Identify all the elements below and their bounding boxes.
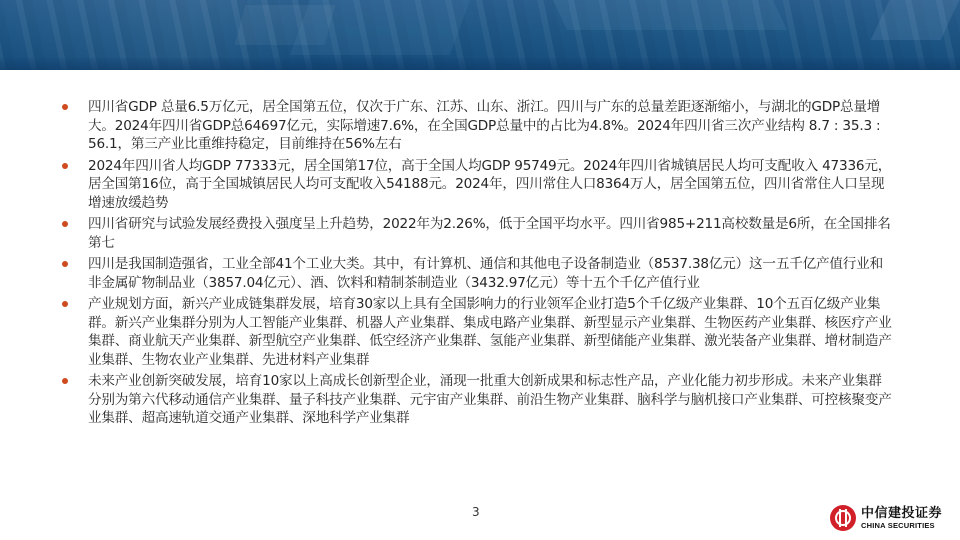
bullet-item-manufacturing: 四川是我国制造强省，工业全部41个工业大类。其中，有计算机、通信和其他电子设备制… — [62, 255, 892, 292]
bullet-text: 四川省研究与试验发展经费投入强度呈上升趋势，2022年为2.26%，低于全国平均… — [88, 216, 891, 251]
bullet-item-per-capita: 2024年四川省人均GDP 77333元，居全国第17位，高于全国人均GDP 9… — [62, 157, 892, 213]
page-number: 3 — [472, 505, 480, 519]
bullet-dot-icon — [62, 104, 68, 110]
banner-decoration — [871, 0, 960, 40]
bullet-dot-icon — [62, 378, 68, 384]
bullet-text: 未来产业创新突破发展，培育10家以上高成长创新型企业，涌现一批重大创新成果和标志… — [88, 373, 892, 426]
citic-logo-icon — [830, 505, 856, 531]
logo-chinese-name: 中信建投证券 — [861, 507, 942, 520]
bullet-dot-icon — [62, 163, 68, 169]
bullet-dot-icon — [62, 221, 68, 227]
bullet-item-rd: 四川省研究与试验发展经费投入强度呈上升趋势，2022年为2.26%，低于全国平均… — [62, 215, 892, 252]
bullet-text: 四川是我国制造强省，工业全部41个工业大类。其中，有计算机、通信和其他电子设备制… — [88, 256, 883, 291]
bullet-item-industry-plan: 产业规划方面，新兴产业成链集群发展，培育30家以上具有全国影响力的行业领军企业打… — [62, 295, 892, 369]
bullet-text: 四川省GDP 总量6.5万亿元，居全国第五位，仅次于广东、江苏、山东、浙江。四川… — [88, 99, 880, 152]
bullet-dot-icon — [62, 301, 68, 307]
company-logo: 中信建投证券 CHINA SECURITIES — [830, 503, 942, 533]
logo-english-name: CHINA SECURITIES — [861, 522, 942, 530]
bullet-item-gdp: 四川省GDP 总量6.5万亿元，居全国第五位，仅次于广东、江苏、山东、浙江。四川… — [62, 98, 892, 154]
bullet-item-future-industry: 未来产业创新突破发展，培育10家以上高成长创新型企业，涌现一批重大创新成果和标志… — [62, 372, 892, 428]
banner-decoration — [290, 0, 470, 55]
bullet-text: 2024年四川省人均GDP 77333元，居全国第17位，高于全国人均GDP 9… — [88, 158, 891, 211]
banner-decoration — [0, 58, 960, 70]
bullet-dot-icon — [62, 261, 68, 267]
header-banner-image — [0, 0, 960, 70]
bullet-list: 四川省GDP 总量6.5万亿元，居全国第五位，仅次于广东、江苏、山东、浙江。四川… — [62, 98, 892, 431]
bullet-text: 产业规划方面，新兴产业成链集群发展，培育30家以上具有全国影响力的行业领军企业打… — [88, 296, 892, 368]
banner-decoration — [553, 0, 787, 30]
